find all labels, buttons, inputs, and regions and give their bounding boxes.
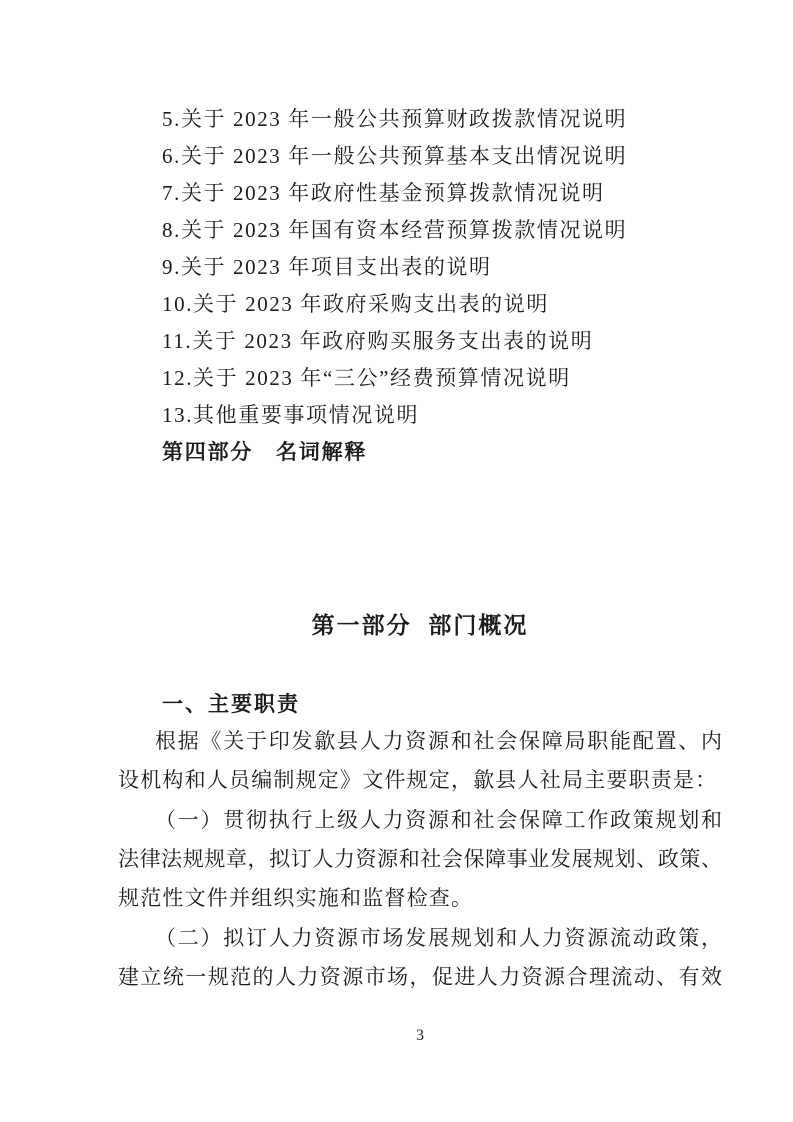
toc-item: 10.关于 2023 年政府采购支出表的说明: [118, 286, 722, 323]
body-line: （二）拟订人力资源市场发展规划和人力资源流动政策，: [118, 919, 722, 958]
toc-item: 11.关于 2023 年政府购买服务支出表的说明: [118, 323, 722, 360]
body-line: 规范性文件并组织实施和监督检查。: [118, 879, 722, 918]
table-of-contents: 5.关于 2023 年一般公共预算财政拨款情况说明 6.关于 2023 年一般公…: [118, 101, 722, 471]
toc-item: 6.关于 2023 年一般公共预算基本支出情况说明: [118, 138, 722, 175]
toc-item: 5.关于 2023 年一般公共预算财政拨款情况说明: [118, 101, 722, 138]
section-subtitle: 一、主要职责: [162, 691, 300, 719]
body-line: 根据《关于印发歙县人力资源和社会保障局职能配置、内: [118, 722, 722, 761]
toc-item: 9.关于 2023 年项目支出表的说明: [118, 249, 722, 286]
body-line: （一）贯彻执行上级人力资源和社会保障工作政策规划和: [118, 801, 722, 840]
toc-item: 7.关于 2023 年政府性基金预算拨款情况说明: [118, 175, 722, 212]
document-page: 5.关于 2023 年一般公共预算财政拨款情况说明 6.关于 2023 年一般公…: [0, 0, 793, 1122]
toc-item: 12.关于 2023 年“三公”经费预算情况说明: [118, 360, 722, 397]
section-title: 第一部分 部门概况: [118, 611, 722, 639]
body-line: 建立统一规范的人力资源市场，促进人力资源合理流动、有效: [118, 958, 722, 997]
body-line: 法律法规规章，拟订人力资源和社会保障事业发展规划、政策、: [118, 840, 722, 879]
toc-part4-heading: 第四部分 名词解释: [118, 434, 722, 471]
toc-item: 8.关于 2023 年国有资本经营预算拨款情况说明: [118, 212, 722, 249]
section-body: 根据《关于印发歙县人力资源和社会保障局职能配置、内 设机构和人员编制规定》文件规…: [118, 722, 722, 997]
body-line: 设机构和人员编制规定》文件规定，歙县人社局主要职责是：: [118, 761, 722, 800]
toc-item: 13.其他重要事项情况说明: [118, 397, 722, 434]
page-number: 3: [118, 1025, 722, 1047]
